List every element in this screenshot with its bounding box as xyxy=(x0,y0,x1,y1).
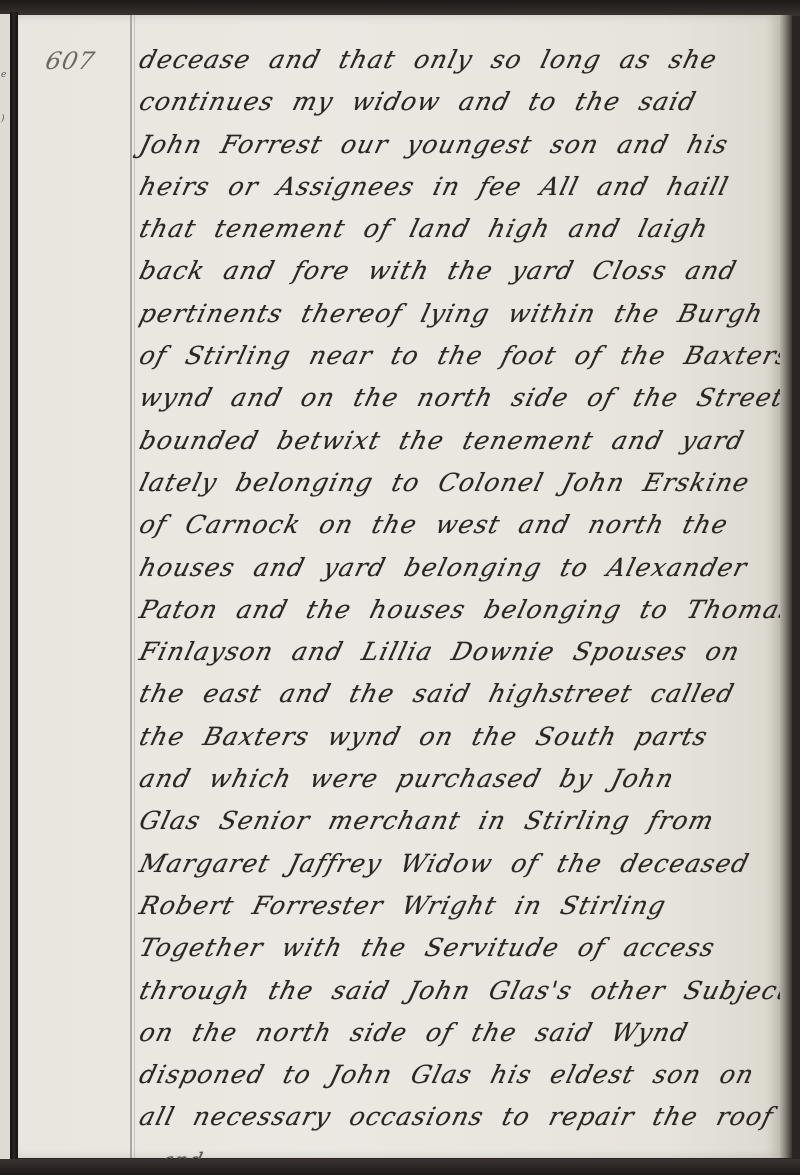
text-line: Glas Senior merchant in Stirling from xyxy=(135,800,786,842)
text-line: Finlayson and Lillia Downie Spouses on xyxy=(135,631,786,673)
text-line: continues my widow and to the said xyxy=(135,81,786,123)
scan-frame-bottom xyxy=(0,1159,800,1175)
text-line: heirs or Assignees in fee All and haill xyxy=(135,166,786,208)
text-line: that tenement of land high and laigh xyxy=(135,208,786,250)
text-line: Paton and the houses belonging to Thomas xyxy=(135,589,786,631)
text-line: of Stirling near to the foot of the Baxt… xyxy=(135,335,786,377)
text-line: bounded betwixt the tenement and yard xyxy=(135,420,786,462)
manuscript-page: 607 decease and that only so long as she… xyxy=(18,15,780,1158)
scan-frame-top xyxy=(0,0,800,16)
margin-rule xyxy=(130,15,132,1158)
text-line: Together with the Servitude of access xyxy=(135,927,786,969)
text-line: back and fore with the yard Closs and xyxy=(135,250,786,292)
handwritten-text-body: decease and that only so long as she con… xyxy=(140,39,780,1175)
text-line: decease and that only so long as she xyxy=(135,39,786,81)
text-line: houses and yard belonging to Alexander xyxy=(135,547,786,589)
facing-page-mark: ) xyxy=(1,114,5,124)
text-line: pertinents thereof lying within the Burg… xyxy=(135,293,786,335)
text-line: wynd and on the north side of the Street xyxy=(135,377,786,419)
text-line: of Carnock on the west and north the xyxy=(135,504,786,546)
text-line: disponed to John Glas his eldest son on xyxy=(135,1054,786,1096)
text-line: lately belonging to Colonel John Erskine xyxy=(135,462,786,504)
text-line: Margaret Jaffrey Widow of the deceased xyxy=(135,843,786,885)
text-line: and which were purchased by John xyxy=(135,758,786,800)
page-number: 607 xyxy=(43,47,98,75)
text-line: the east and the said highstreet called xyxy=(135,673,786,715)
text-line: the Baxters wynd on the South parts xyxy=(135,716,786,758)
text-line: Robert Forrester Wright in Stirling xyxy=(135,885,786,927)
text-line: all necessary occasions to repair the ro… xyxy=(135,1096,786,1138)
text-line: through the said John Glas's other Subje… xyxy=(135,970,786,1012)
book-gutter xyxy=(10,12,18,1162)
facing-page-edge: e ) xyxy=(0,14,10,1159)
text-line: John Forrest our youngest son and his xyxy=(135,124,786,166)
text-line: on the north side of the said Wynd xyxy=(135,1012,786,1054)
page-stack-edge xyxy=(780,15,792,1158)
facing-page-mark: e xyxy=(1,70,6,80)
